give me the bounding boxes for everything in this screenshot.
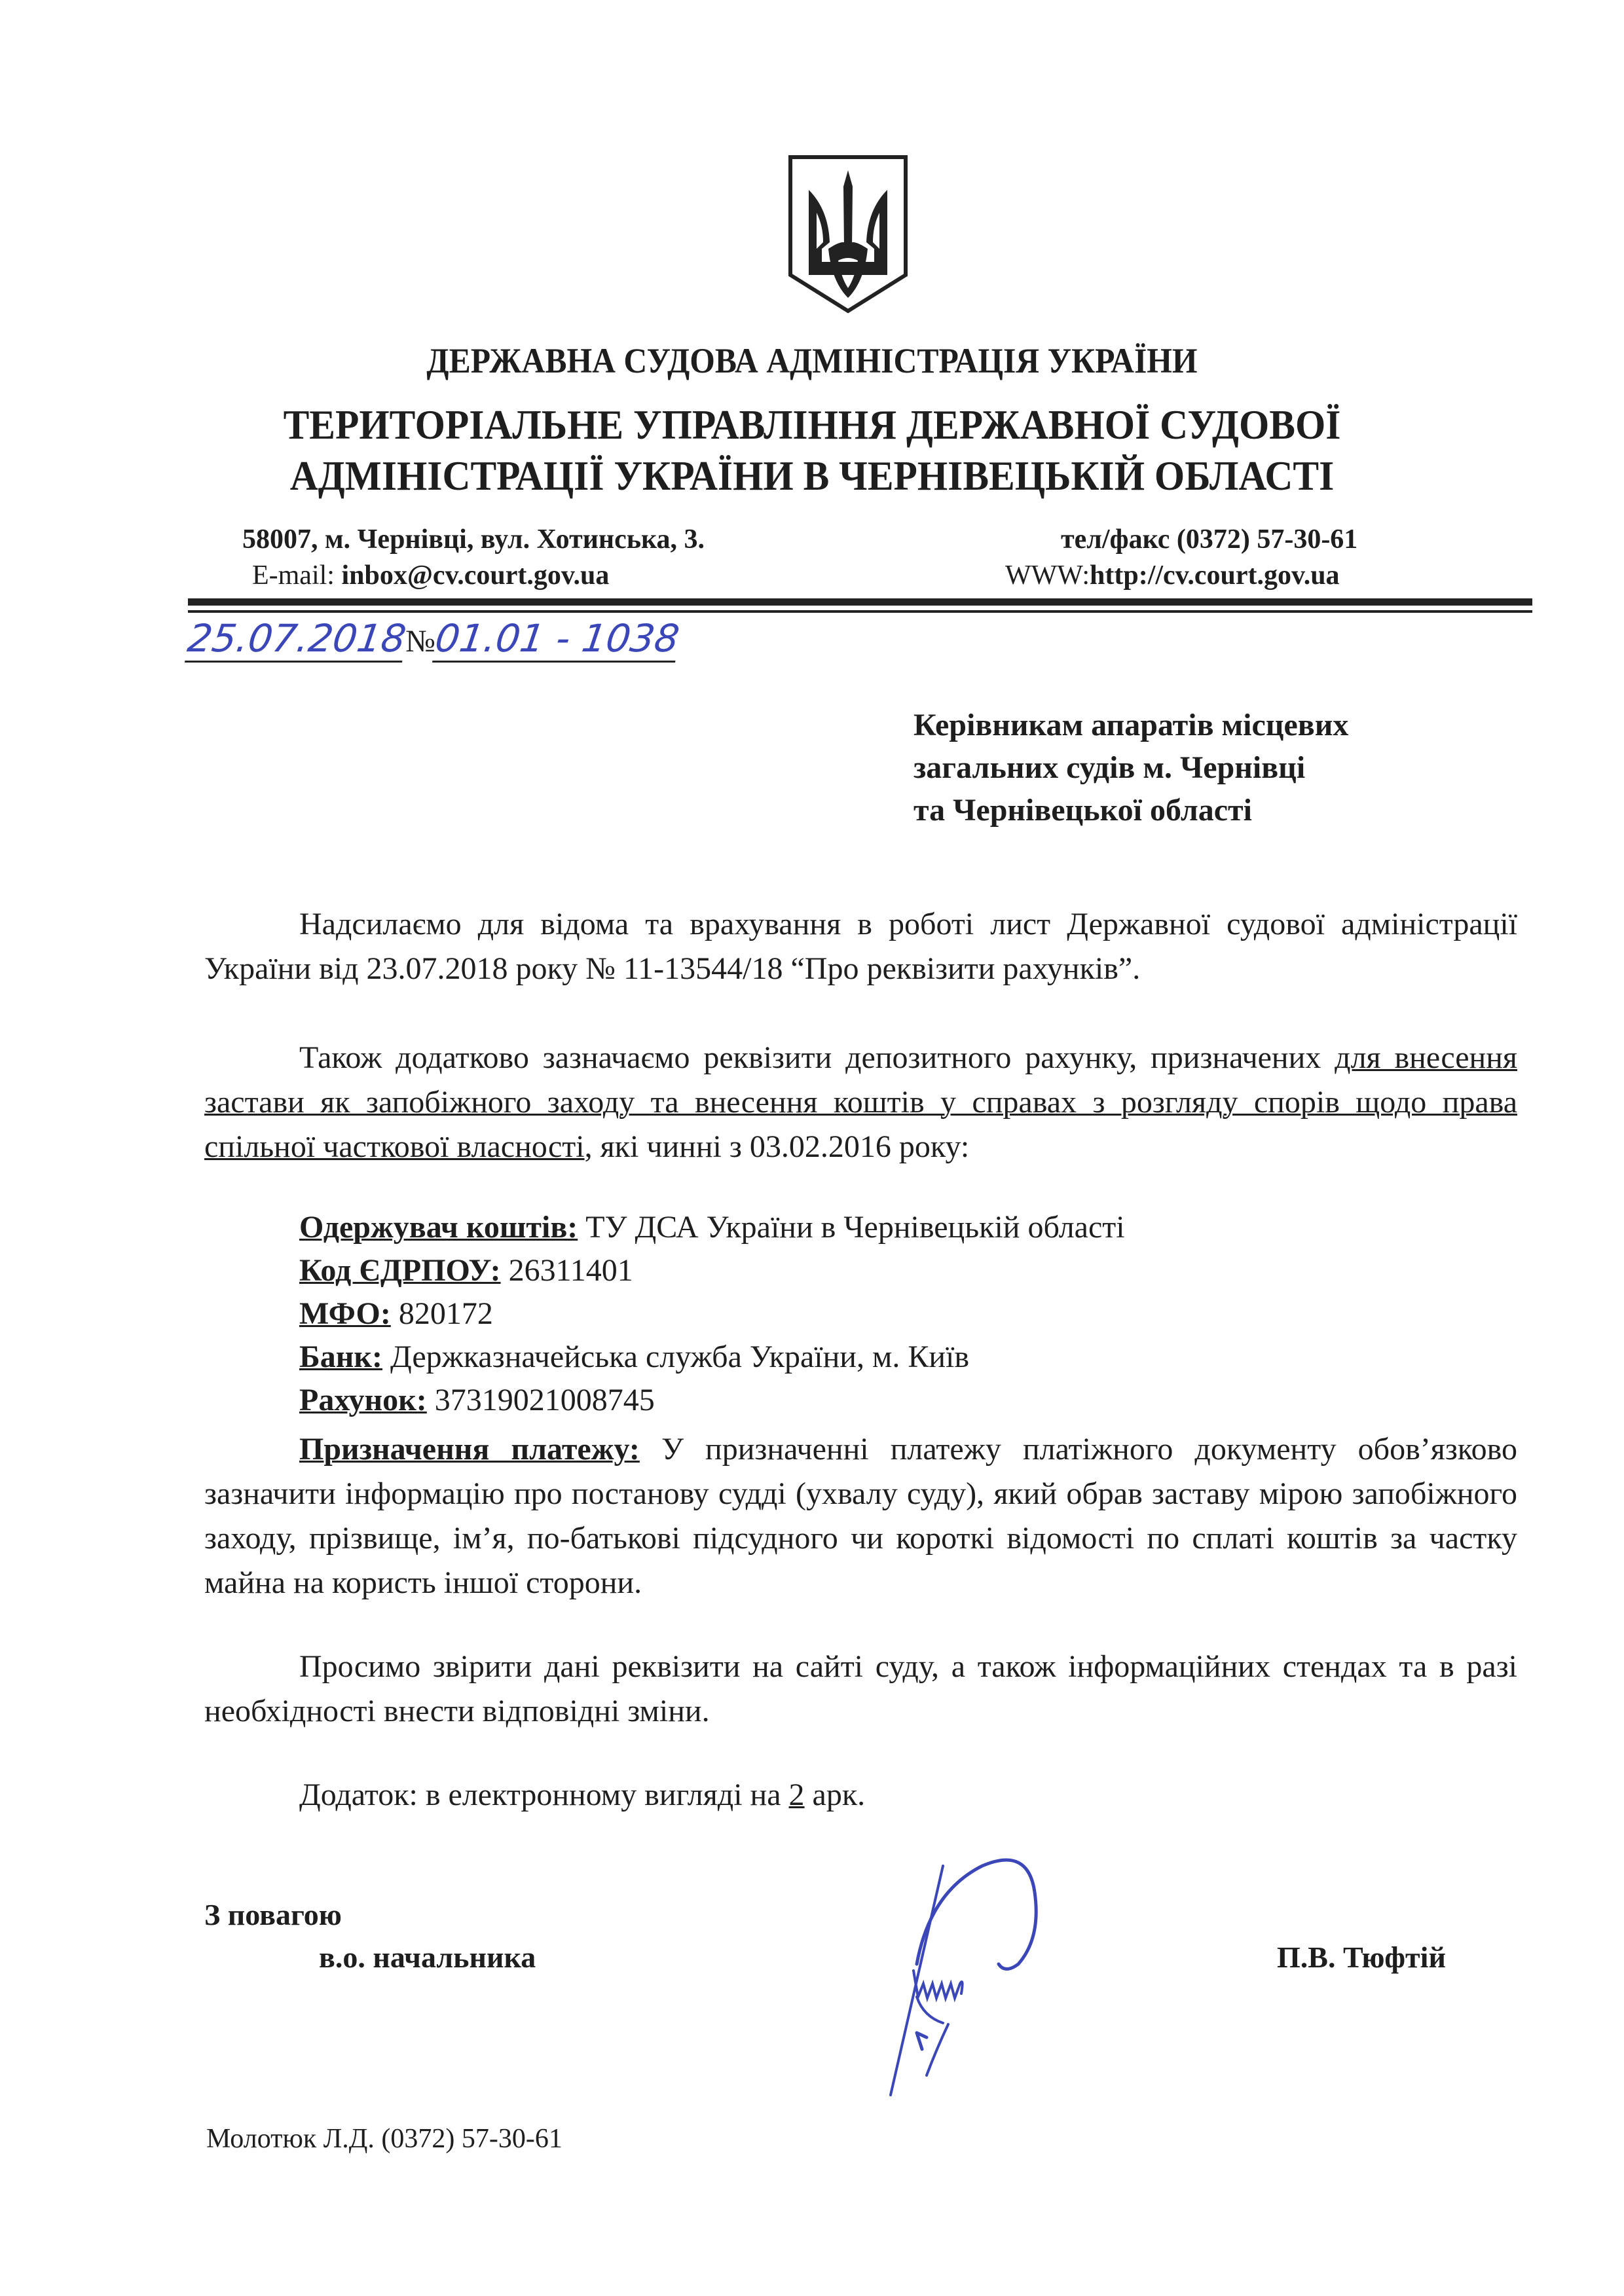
handwritten-reg-number: 01.01 - 1038 (432, 616, 682, 663)
requisite-recipient: Одержувач коштів: ТУ ДСА України в Черні… (299, 1206, 1125, 1249)
paragraph-intro: Надсилаємо для відома та врахування в ро… (204, 902, 1517, 991)
website-link[interactable]: http://cv.court.gov.ua (1090, 560, 1340, 591)
org-title-primary: ДЕРЖАВНА СУДОВА АДМІНІСТРАЦІЯ УКРАЇНИ (65, 340, 1559, 381)
recipient-line-1: Керівникам апаратів місцевих (913, 704, 1348, 746)
requisite-value: 820172 (391, 1296, 493, 1331)
requisite-label: Банк: (299, 1339, 382, 1374)
org-title-secondary: ТЕРИТОРІАЛЬНЕ УПРАВЛІННЯ ДЕРЖАВНОЇ СУДОВ… (57, 399, 1567, 501)
email-link[interactable]: inbox@cv.court.gov.ua (341, 560, 609, 591)
recipient-line-2: загальних судів м. Чернівці (913, 746, 1348, 789)
email-line: E-mail: inbox@cv.court.gov.ua (252, 560, 609, 591)
requisite-label: Код ЄДРПОУ: (299, 1253, 501, 1288)
handwritten-date: 25.07.2018 (185, 616, 409, 663)
requisite-mfo: МФО: 820172 (299, 1292, 493, 1336)
requisite-label: Одержувач коштів: (299, 1210, 578, 1245)
requisite-value: ТУ ДСА України в Чернівецькій області (578, 1210, 1124, 1245)
closing-regards: З повагою (204, 1897, 342, 1932)
recipient-block: Керівникам апаратів місцевих загальних с… (913, 704, 1348, 831)
attachment-prefix: Додаток: в електронному вигляді на (299, 1777, 789, 1812)
header-divider-thick (188, 598, 1532, 606)
payment-purpose-label: Призначення платежу: (299, 1432, 640, 1467)
recipient-line-3: та Чернівецької області (913, 789, 1348, 831)
requisite-label: Рахунок: (299, 1383, 427, 1417)
registration-line: 25.07.2018№01.01 - 1038 (188, 615, 678, 668)
attachment-suffix: арк. (805, 1777, 866, 1812)
website-label: WWW: (1005, 560, 1090, 591)
website-line: WWW:http://cv.court.gov.ua (1005, 560, 1340, 591)
org-title-line-3: АДМІНІСТРАЦІЇ УКРАЇНИ В ЧЕРНІВЕЦЬКІЙ ОБЛ… (57, 450, 1567, 501)
signer-name: П.В. Тюфтій (1277, 1940, 1446, 1975)
email-label: E-mail: (252, 560, 341, 591)
handwritten-signature-icon (877, 1853, 1153, 2108)
number-sign: № (405, 624, 435, 659)
requisite-account: Рахунок: 37319021008745 (299, 1379, 655, 1422)
requisite-label: МФО: (299, 1296, 391, 1331)
attachment-count: 2 (789, 1777, 805, 1812)
coat-of-arms-icon (783, 151, 913, 314)
requisite-value: Держказначейська служба України, м. Київ (382, 1339, 969, 1374)
requisite-value: 26311401 (501, 1253, 633, 1288)
paragraph-deposit-account: Також додатково зазначаємо реквізити деп… (204, 1036, 1517, 1169)
header-divider-thin (188, 610, 1532, 613)
address: 58007, м. Чернівці, вул. Хотинська, 3. (242, 524, 705, 555)
org-title-line-2: ТЕРИТОРІАЛЬНЕ УПРАВЛІННЯ ДЕРЖАВНОЇ СУДОВ… (57, 399, 1567, 450)
paragraph-deposit-end: , які чинні з 03.02.2016 року: (585, 1129, 970, 1164)
payment-purpose: Призначення платежу: У призначенні плате… (204, 1427, 1517, 1605)
signer-position: в.о. начальника (319, 1940, 536, 1975)
phone-fax: тел/факс (0372) 57-30-61 (1061, 524, 1357, 555)
paragraph-deposit-start: Також додатково зазначаємо реквізити деп… (299, 1040, 1335, 1075)
executor-contact: Молотюк Л.Д. (0372) 57-30-61 (206, 2123, 563, 2155)
attachment-note: Додаток: в електронному вигляді на 2 арк… (299, 1777, 865, 1813)
requisite-bank: Банк: Держказначейська служба України, м… (299, 1336, 969, 1379)
requisite-value: 37319021008745 (427, 1383, 655, 1417)
paragraph-verify: Просимо звірити дані реквізити на сайті … (204, 1645, 1517, 1734)
requisite-edrpou: Код ЄДРПОУ: 26311401 (299, 1249, 633, 1292)
